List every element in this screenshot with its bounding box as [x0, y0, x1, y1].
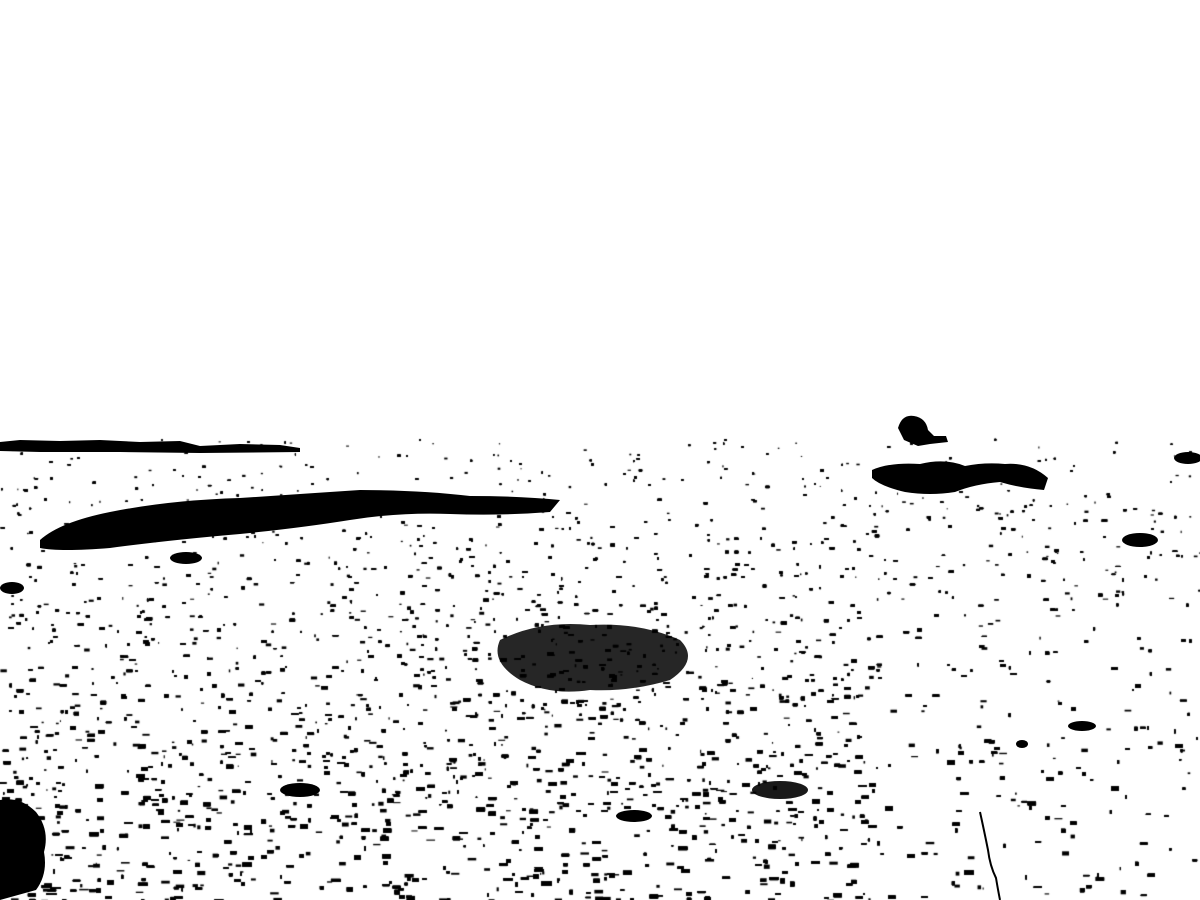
ground-crack — [980, 812, 1000, 900]
rock-cluster-right — [872, 461, 1048, 494]
rock — [1174, 452, 1200, 464]
shadow-band — [40, 490, 560, 550]
bush-silhouette — [898, 416, 948, 446]
terrain-features — [0, 0, 1200, 900]
rock — [1068, 721, 1096, 731]
rock — [0, 582, 24, 594]
rock — [616, 810, 652, 822]
vegetation-patch-center — [498, 624, 689, 692]
rock — [752, 781, 808, 799]
rock — [280, 783, 320, 797]
rock — [1122, 533, 1158, 547]
rock — [1016, 740, 1028, 748]
treeline — [0, 440, 300, 453]
landscape-image — [0, 0, 1200, 900]
rock — [170, 552, 202, 564]
vegetation-patch-bottom-left — [0, 799, 46, 900]
